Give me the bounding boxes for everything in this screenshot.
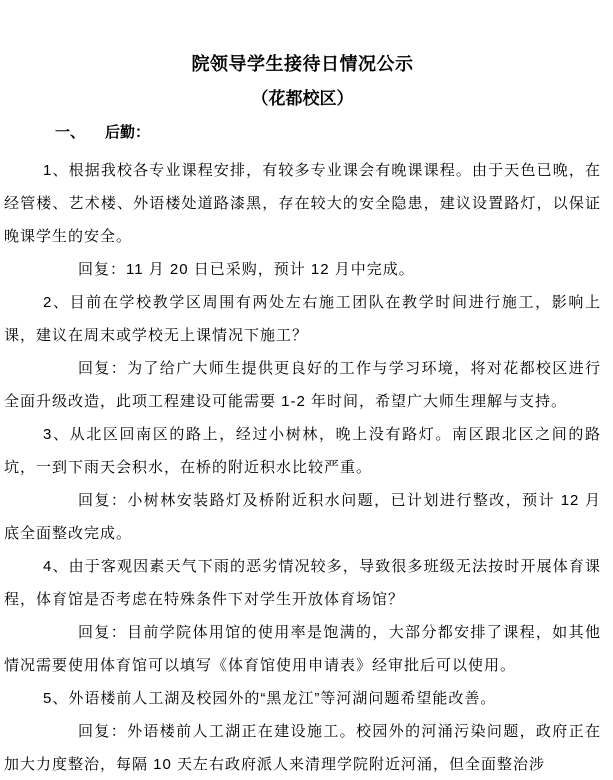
section-heading: 一、后勤：	[4, 125, 601, 140]
document-title: 院领导学生接待日情况公示	[4, 55, 601, 74]
reply-item-4: 回复：目前学院体用馆的使用率是饱满的，大部分都安排了课程，如其他情况需要使用体育…	[4, 616, 601, 682]
reply-item-1: 回复：11 月 20 日已采购，预计 12 月中完成。	[4, 253, 601, 286]
reply-item-5: 回复：外语楼前人工湖正在建设施工。校园外的河涌污染问题，政府正在加大力度整治，每…	[4, 715, 601, 780]
document-body: 1、根据我校各专业课程安排，有较多专业课会有晚课课程。由于天色已晚，在经管楼、艺…	[4, 154, 601, 780]
section-number: 一、	[55, 124, 85, 141]
section-heading-label: 后勤：	[105, 124, 150, 141]
question-item-4: 4、由于客观因素天气下雨的恶劣情况较多，导致很多班级无法按时开展体育课程，体育馆…	[4, 550, 601, 616]
reply-item-3: 回复：小树林安装路灯及桥附近积水问题，已计划进行整改，预计 12 月底全面整改完…	[4, 484, 601, 550]
reply-item-2: 回复：为了给广大师生提供更良好的工作与学习环境，将对花都校区进行全面升级改造，此…	[4, 352, 601, 418]
question-item-5: 5、外语楼前人工湖及校园外的“黑龙江”等河湖问题希望能改善。	[4, 682, 601, 715]
question-item-1: 1、根据我校各专业课程安排，有较多专业课会有晚课课程。由于天色已晚，在经管楼、艺…	[4, 154, 601, 253]
document-subtitle: （花都校区）	[4, 90, 601, 108]
question-item-3: 3、从北区回南区的路上，经过小树林，晚上没有路灯。南区跟北区之间的路坑，一到下雨…	[4, 418, 601, 484]
question-item-2: 2、目前在学校教学区周围有两处左右施工团队在教学时间进行施工，影响上课，建议在周…	[4, 286, 601, 352]
document-page: 院领导学生接待日情况公示 （花都校区） 一、后勤： 1、根据我校各专业课程安排，…	[0, 0, 613, 780]
